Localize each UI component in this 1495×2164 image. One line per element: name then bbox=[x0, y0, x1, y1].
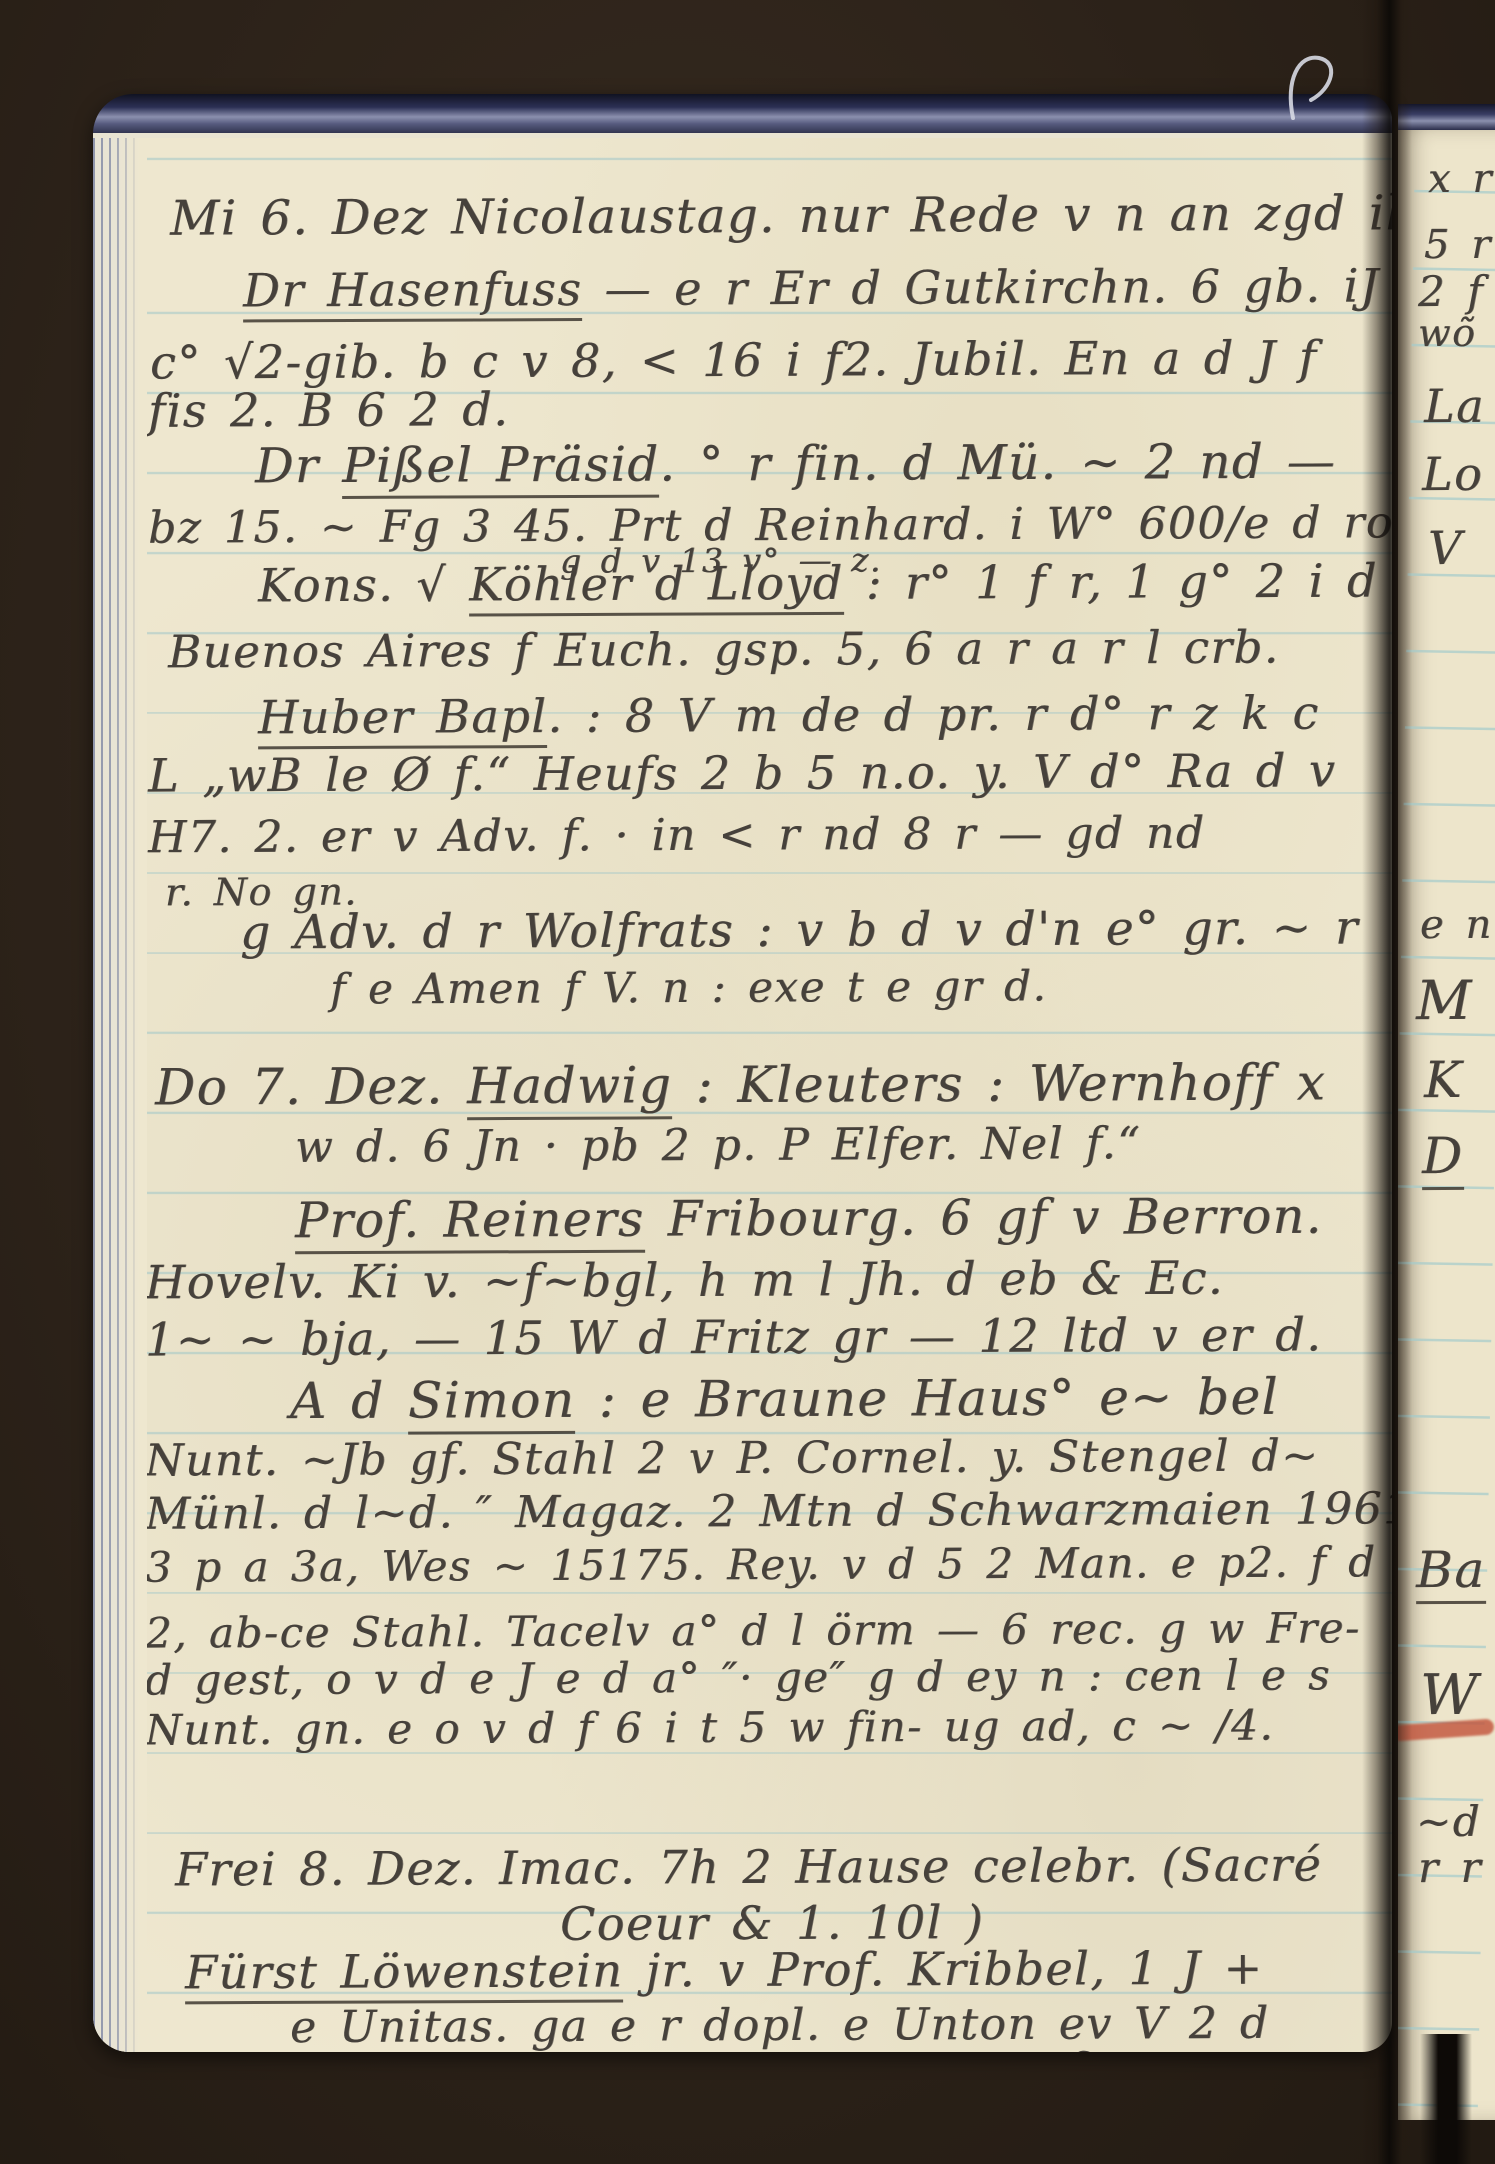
right-paper: x r5 r2 fwõLaLoVe nMKDBaW~dr r bbox=[1398, 130, 1495, 2120]
underlined-name: Huber Bapl bbox=[258, 689, 548, 749]
notebook-left-page: Mi 6. Dez Nicolaustag. nur Rede v n an z… bbox=[93, 94, 1392, 2052]
handwriting-line: wõ bbox=[1418, 312, 1477, 356]
underlined-name: Pißel Präsid bbox=[342, 437, 660, 499]
handwriting-line: Frei 8. Dez. Imac. 7h 2 Hause celebr. (S… bbox=[175, 1838, 1322, 1896]
underlined-name: Simon bbox=[408, 1371, 576, 1435]
underlined-name: Ba bbox=[1416, 1541, 1486, 1604]
handwriting-line: Prof. Reiners Fribourg. 6 gf v Berron. bbox=[295, 1189, 1323, 1250]
right-page-top-edge bbox=[1398, 104, 1495, 130]
handwriting-line: Hovelv. Ki v. ~f~bgl, h m l Jh. d eb & E… bbox=[145, 1252, 1224, 1310]
paper: Mi 6. Dez Nicolaustag. nur Rede v n an z… bbox=[93, 138, 1392, 2052]
handwriting-line: Kons. √ Köhler d Lloyd : r° 1 f r, 1 g° … bbox=[258, 555, 1378, 613]
handwriting-line: W bbox=[1420, 1664, 1479, 1729]
underlined-name: Prof. Reiners bbox=[295, 1191, 645, 1255]
underlined-name: Köhler d Lloyd bbox=[469, 556, 844, 617]
handwriting-layer: Mi 6. Dez Nicolaustag. nur Rede v n an z… bbox=[93, 138, 1392, 2052]
handwriting-line: w d. 6 Jn · pb 2 p. P Elfer. Nel f.“ bbox=[295, 1119, 1141, 1173]
page-block-top-edge bbox=[93, 94, 1392, 138]
handwriting-line: Nunt. gn. e o v d f 6 i t 5 w fin- ug ad… bbox=[145, 1702, 1274, 1755]
handwriting-line: f e Amen f V. n : exe t e gr d. bbox=[330, 962, 1047, 1013]
handwriting-line: 2, ab-ce Stahl. Tacelv a° d l örm — 6 re… bbox=[145, 1604, 1361, 1658]
handwriting-line: ~d bbox=[1416, 1798, 1481, 1847]
handwriting-line: r r bbox=[1418, 1844, 1482, 1893]
handwriting-line: 1~ ~ bja, — 15 W d Fritz gr — 12 ltd v e… bbox=[145, 1308, 1323, 1366]
handwriting-line: 2 f bbox=[1418, 268, 1484, 317]
handwriting-line: Huber Bapl. : 8 V m de d pr. r d° r z k … bbox=[258, 687, 1320, 745]
handwriting-line: Ba bbox=[1416, 1542, 1486, 1600]
handwriting-line: Do 7. Dez. Hadwig : Kleuters : Wernhoff … bbox=[155, 1054, 1327, 1117]
handwriting-line: fis 2. B 6 2 d. bbox=[148, 383, 509, 437]
handwriting-line: Münl. d l~d. ″ Magaz. 2 Mtn d Schwarzmai… bbox=[145, 1484, 1392, 1540]
handwriting-line: Mi 6. Dez Nicolaustag. nur Rede v n an z… bbox=[170, 186, 1392, 247]
handwriting-line: 3 p a 3a, Wes ~ 15175. Rey. v d 5 2 Man.… bbox=[145, 1538, 1392, 1592]
handwriting-line: V bbox=[1428, 522, 1463, 575]
handwriting-line: g Adv. d r Wolfrats : v b d v d'n e° gr.… bbox=[240, 902, 1359, 961]
handwriting-line: D bbox=[1422, 1128, 1464, 1186]
underlined-name: Dr Hasenfuss bbox=[243, 262, 583, 322]
underlined-name: Fürst Löwenstein bbox=[185, 1943, 624, 2004]
handwriting-line: e n bbox=[1420, 902, 1493, 948]
handwriting-line: Fürst Löwenstein jr. v Prof. Kribbel, 1 … bbox=[185, 1942, 1264, 2000]
handwriting-line: La bbox=[1424, 380, 1485, 433]
handwriting-line: Buenos Aires f Euch. gsp. 5, 6 a r a r l… bbox=[168, 622, 1280, 679]
handwriting-line: Nunt. ~Jb gf. Stahl 2 v P. Cornel. y. St… bbox=[145, 1431, 1320, 1487]
notebook-right-page-sliver: x r5 r2 fwõLaLoVe nMKDBaW~dr r bbox=[1398, 104, 1495, 2120]
right-handwriting-layer: x r5 r2 fwõLaLoVe nMKDBaW~dr r bbox=[1398, 130, 1495, 2120]
gutter-bottom-shadow bbox=[1420, 2034, 1472, 2164]
handwriting-line: d gest, o v d e J e d a° ″· ge″ g d ey n… bbox=[145, 1651, 1331, 1704]
handwriting-line: H7. 2. er v Adv. f. · in < r nd 8 r — gd… bbox=[148, 809, 1206, 864]
handwriting-line: M bbox=[1416, 970, 1473, 1032]
handwriting-line: c° √2-gib. b c v 8, < 16 i f2. Jubil. En… bbox=[150, 331, 1318, 389]
page-stack-edges bbox=[93, 138, 147, 2052]
handwriting-line: L „wB le Ø f.“ Heufs 2 b 5 n.o. y. V d° … bbox=[148, 744, 1337, 802]
handwriting-line: A d Simon : e Braune Haus° e~ bel bbox=[290, 1369, 1279, 1431]
book-photo: Mi 6. Dez Nicolaustag. nur Rede v n an z… bbox=[0, 0, 1495, 2164]
handwriting-line: x r bbox=[1428, 156, 1493, 202]
bookmark-wire-loop-icon bbox=[1283, 46, 1357, 124]
handwriting-line: Lo bbox=[1422, 448, 1483, 501]
handwriting-line: 5 r bbox=[1424, 222, 1492, 268]
underlined-name: D bbox=[1422, 1127, 1464, 1190]
underlined-name: e Unitas bbox=[290, 2001, 494, 2052]
book-gutter-shadow bbox=[1362, 0, 1412, 2164]
underlined-name: Hadwig bbox=[467, 1056, 672, 1120]
handwriting-line: Dr Pißel Präsid. ° r fin. d Mü. ~ 2 nd — bbox=[255, 435, 1336, 495]
handwriting-line: Dr Hasenfuss — e r Er d Gutkirchn. 6 gb.… bbox=[243, 260, 1380, 318]
handwriting-line: K bbox=[1424, 1052, 1463, 1110]
